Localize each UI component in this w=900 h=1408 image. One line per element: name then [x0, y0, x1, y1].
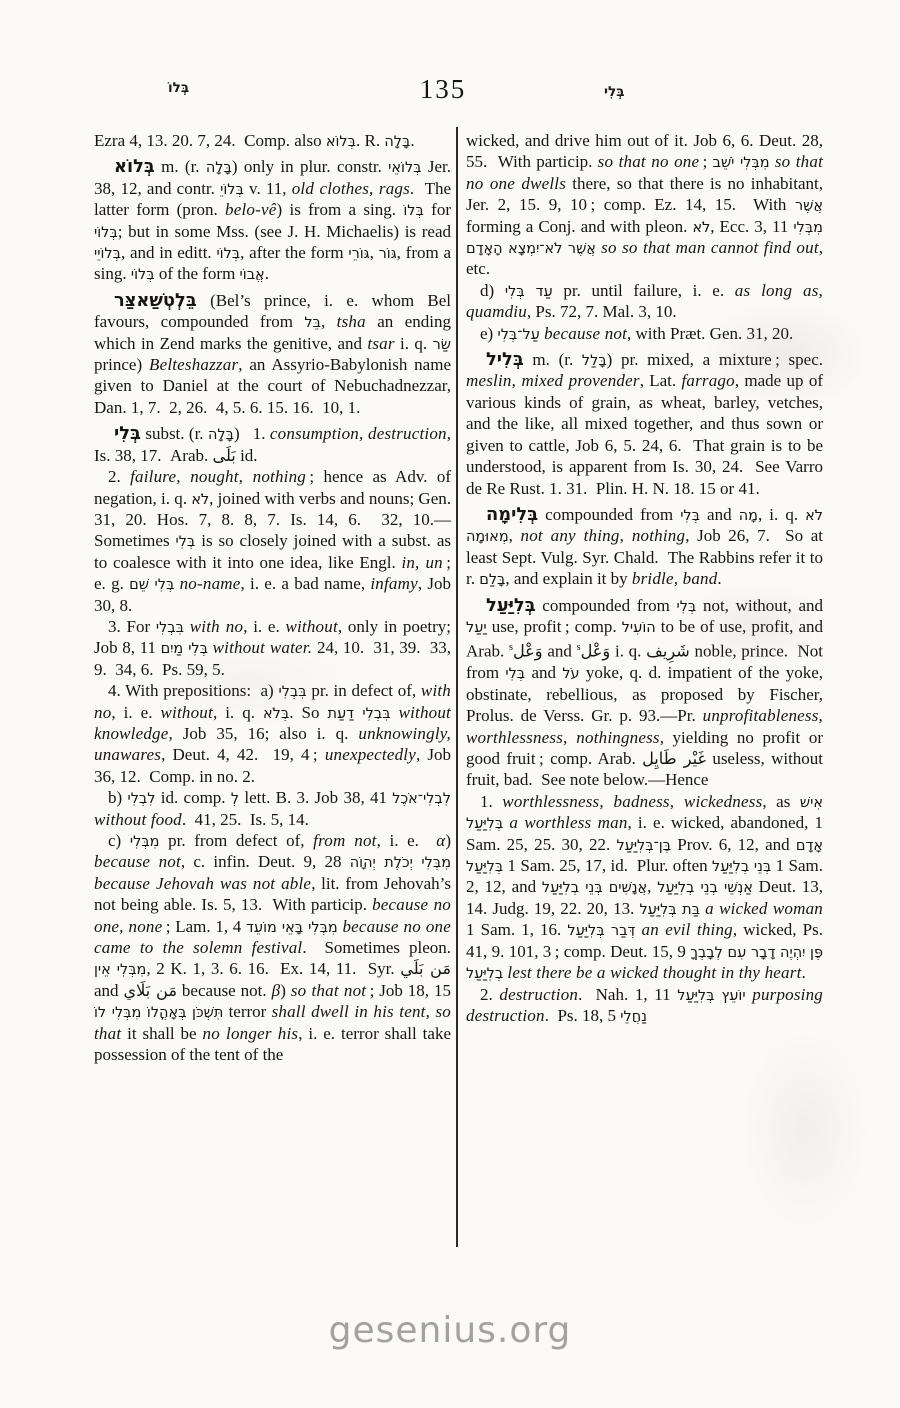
entry-belteshazzar: בֵּלְטְשַׁאצַּר (Bel’s prince, i. e. who…: [94, 290, 451, 418]
paragraph-beli-sense-3: 3. For בִּבְלִי with no, i. e. without, …: [94, 616, 451, 680]
entry-belo: בְּלוֹא m. (r. בָּלָה) only in plur. con…: [94, 156, 451, 284]
paragraph-beli-sense-4a: 4. With prepositions: a) בִּבְלִי pr. in…: [94, 680, 451, 787]
running-header: בְּלוֹ 135 בְּלִי: [0, 0, 900, 120]
entry-beli: בְּלִי subst. (r. בָּלָה) 1. consumption…: [94, 423, 451, 466]
paragraph-belial-sense-2: 2. destruction. Nah. 1, 11 יוֹעֵץ בְּלִי…: [466, 984, 823, 1027]
paragraph-beli-sense-4b: b) לִבְלִי id. comp. לְ lett. B. 3. Job …: [94, 787, 451, 830]
paragraph-continuation-mibbeli: wicked, and drive him out of it. Job 6, …: [466, 130, 823, 280]
left-column: Ezra 4, 13. 20. 7, 24. Comp. also בְּלוֹ…: [94, 130, 451, 1065]
paragraph-beli-sense-4e: e) עַל־בְּלִי because not, with Præt. Ge…: [466, 323, 823, 344]
paragraph-beli-sense-4d: d) עַד בְּלִי pr. until failure, i. e. a…: [466, 280, 823, 323]
page-number: 135: [403, 74, 483, 105]
entry-belimah: בְּלִימָה compounded from בְּלִי and מָה…: [466, 504, 823, 590]
scanned-page: בְּלוֹ 135 בְּלִי Ezra 4, 13. 20. 7, 24.…: [0, 0, 900, 1408]
header-catchword-right: בְּלִי: [604, 86, 625, 100]
header-catchword-left: בְּלוֹ: [168, 82, 189, 96]
paragraph-beli-sense-2: 2. failure, nought, nothing ; hence as A…: [94, 466, 451, 616]
paragraph-continuation-belo: Ezra 4, 13. 20. 7, 24. Comp. also בְּלוֹ…: [94, 130, 451, 151]
paragraph-belial-sense-1: 1. worthlessness, badness, wickedness, a…: [466, 791, 823, 984]
column-divider-rule: [456, 127, 458, 1247]
right-column: wicked, and drive him out of it. Job 6, …: [466, 130, 823, 1026]
paragraph-beli-sense-4c: c) מִבְּלִי pr. from defect of, from not…: [94, 830, 451, 1065]
entry-belil: בְּלִיל m. (r. בָּלַל) pr. mixed, a mixt…: [466, 349, 823, 499]
scan-smudge: [740, 1030, 870, 1230]
entry-belial: בְּלִיַּעַל compounded from בְּלִי not, …: [466, 595, 823, 791]
watermark: gesenius.org: [0, 1310, 900, 1351]
